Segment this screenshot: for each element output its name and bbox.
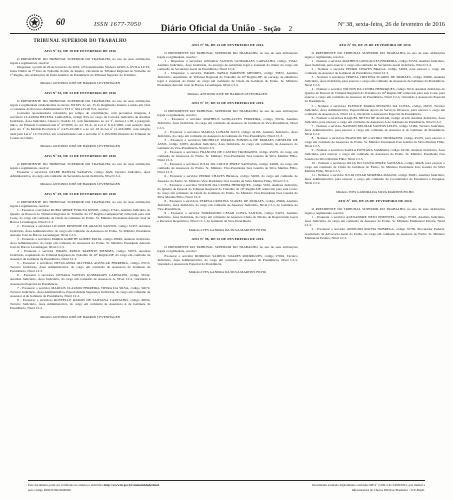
- ato-title: ATO Nº 97, DE 25 DE FEVEREIRO DE 2016: [157, 101, 297, 105]
- ato-paragraph: O PRESIDENTE DO TRIBUNAL SUPERIOR DO TRA…: [157, 51, 297, 59]
- signature-line: Ministro IVES GANDRA DA SILVA MARTINS FI…: [157, 270, 297, 274]
- footer-divider: [28, 480, 425, 481]
- ato-title: ATO Nº 96, DE 24 DE FEVEREIRO DE 2016: [157, 43, 297, 47]
- ato-paragraph: 3 - Nomear a servidora TERESA CRISTINA S…: [305, 75, 445, 87]
- ato-paragraph: O PRESIDENTE DO TRIBUNAL SUPERIOR DO TRA…: [305, 51, 445, 59]
- verification-prefix: Este documento pode ser verificado no en…: [28, 483, 104, 487]
- masthead-title: Diário Oficial da União: [161, 23, 255, 33]
- ato-paragraph: 7 - Nomear o servidor NADSON NELMAR SANT…: [305, 124, 445, 136]
- masthead-dash: -: [259, 25, 261, 33]
- ato-paragraph: 6 - Exonerar a servidora GENARA SANTOS G…: [10, 273, 150, 285]
- ato-paragraph: O PRESIDENTE DO TRIBUNAL SUPERIOR DO TRA…: [157, 109, 297, 117]
- digital-signature-notice: Documento assinado digitalmente conforme…: [225, 483, 425, 493]
- ato-paragraph: O PRESIDENTE DO TRIBUNAL SUPERIOR DO TRA…: [305, 207, 445, 215]
- ato-paragraph: Dispensar, a partir de 26 de fevereiro d…: [10, 65, 150, 77]
- ato-paragraph: O PRESIDENTE DO TRIBUNAL SUPERIOR DO TRA…: [10, 200, 150, 208]
- verification-notice: Este documento pode ser verificado no en…: [28, 483, 223, 493]
- signature-line: Ministro ANTONIO JOSÉ DE BARROS LEVENHAG…: [157, 92, 297, 96]
- ato-paragraph: 1 - Exonerar o servidor ALEXANDRE NETO P…: [305, 215, 445, 227]
- section-label: Seção: [264, 25, 281, 33]
- ato-paragraph: Conceder aposentadoria voluntária por te…: [10, 111, 150, 140]
- ato-paragraph: 9 - Nomear a servidora KARLA FONTANA SAM…: [305, 148, 445, 160]
- ato-paragraph: 4 - Nomear o servidor WILTON DA CUNHA HE…: [305, 87, 445, 103]
- column-3: ATO Nº 99, DE 25 DE FEVEREIRO DE 2016O P…: [305, 38, 445, 240]
- ato-paragraph: O PRESIDENTE DO TRIBUNAL SUPERIOR DO TRA…: [10, 99, 150, 111]
- ato-paragraph: 10 - Nomear a servidora JULIA DO COUTO P…: [305, 161, 445, 173]
- ato-paragraph: Exonerar o servidor RODRIGO SADECK SOARE…: [157, 254, 297, 266]
- signature-line: Ministro ANTONIO JOSÉ DE BARROS LEVENHAG…: [10, 182, 150, 186]
- ato-paragraph: 1 - Exonerar a servidora RUBIA MEIRE FUR…: [10, 208, 150, 224]
- ato-title: ATO Nº 95, DE 24 DE FEVEREIRO DE 2016: [10, 192, 150, 196]
- ato-paragraph: 8 - Nomear a servidora FRANCINI DE CASTR…: [305, 136, 445, 148]
- ato-title: ATO Nº 94, DE 24 DE FEVEREIRO DE 2016: [10, 154, 150, 158]
- ato-title: ATO Nº 92, DE 18 DE FEVEREIRO DE 2016: [10, 49, 150, 53]
- ato-paragraph: 7 - Exonerar o servidor WILTON DA CUNHA …: [157, 183, 297, 199]
- gazette-page: 60 ISSN 1677-7050 Diário Oficial da Uniã…: [0, 0, 453, 500]
- ato-paragraph: 1 - Dispensar a servidora GENARA SANTOS …: [157, 59, 297, 71]
- verification-comma: ,: [159, 483, 160, 487]
- verification-url: http://www.in.gov.br/autenticidade.html: [104, 483, 159, 487]
- ato-title: ATO Nº 98, DE 25 DE FEVEREIRO DE 2016: [157, 237, 297, 241]
- ato-paragraph: 3 - Exonerar a servidora MARIA GORETH GO…: [10, 237, 150, 249]
- ato-title: ATO Nº 99, DE 25 DE FEVEREIRO DE 2016: [305, 43, 445, 47]
- signature-line: Ministro IVES GANDRA DA SILVA MARTINS FI…: [157, 228, 297, 232]
- ato-paragraph: 5 - Nomear a servidora ELENICE MARIA PEI…: [305, 104, 445, 116]
- ato-paragraph: 4 - Exonerar a servidora FRANCINI DE CAS…: [157, 150, 297, 162]
- edition-info: Nº 38, sexta-feira, 26 de fevereiro de 2…: [338, 21, 445, 28]
- section-title: TRIBUNAL SUPERIOR DO TRABALHO: [10, 39, 150, 44]
- page-number: 60: [56, 17, 65, 27]
- brazil-coat-of-arms-icon: [26, 14, 43, 31]
- ato-paragraph: 8 - Exonerar a servidora ROSYELLE RAMOS …: [10, 298, 150, 310]
- issn-label: ISSN 1677-7050: [94, 21, 141, 28]
- ato-paragraph: 4 - Exonerar o servidor ISRAEL PABLO PAR…: [10, 249, 150, 261]
- column-2: ATO Nº 96, DE 24 DE FEVEREIRO DE 2016O P…: [157, 38, 297, 280]
- ato-paragraph: 5 - Exonerar a servidora NEVOLANDA OLIVE…: [10, 261, 150, 273]
- section-number: 2: [289, 25, 293, 33]
- header-divider: [10, 33, 445, 34]
- ato-paragraph: 1 - Nomear o servidor MATHEUS GONÇALVES …: [305, 59, 445, 67]
- ato-paragraph: O PRESIDENTE DO TRIBUNAL SUPERIOR DO TRA…: [157, 245, 297, 253]
- ato-paragraph: O PRESIDENTE DO TRIBUNAL SUPERIOR DO TRA…: [10, 162, 150, 170]
- ato-paragraph: 2 - Exonerar o servidor ANSELMO ROCHA NO…: [305, 227, 445, 239]
- signature-line: Ministro ANTONIO JOSÉ DE BARROS LEVENHAG…: [10, 315, 150, 319]
- ato-paragraph: 1 - Exonerar o servidor MATHEUS GONÇALVE…: [157, 117, 297, 129]
- ato-paragraph: 2 - Nomear o servidor PEDRO CHAVES BRAGA…: [305, 67, 445, 75]
- ato-paragraph: 2 - Exonerar a servidora LILIANE RESENDE…: [10, 224, 150, 236]
- ato-paragraph: O PRESIDENTE DO TRIBUNAL SUPERIOR DO TRA…: [10, 57, 150, 65]
- ato-paragraph: 6 - Exonerar o servidor PEDRO CHAVES BRA…: [157, 174, 297, 182]
- ato-paragraph: Exonerar a servidora GELBE BATISTA SARAI…: [10, 170, 150, 178]
- ato-paragraph: 2 - Exonerar a servidora MARCIA LONANI S…: [157, 130, 297, 138]
- ato-title: ATO Nº 93, DE 24 DE FEVEREIRO DE 2016: [10, 91, 150, 95]
- article-columns: TRIBUNAL SUPERIOR DO TRABALHOATO Nº 92, …: [10, 38, 445, 324]
- signature-notice-line2: Infraestrutura de Chaves Públicas Brasil…: [225, 488, 425, 493]
- column-1: TRIBUNAL SUPERIOR DO TRABALHOATO Nº 92, …: [10, 38, 150, 324]
- signature-line: Ministro IVES GANDRA DA SILVA MARTINS FI…: [305, 190, 445, 194]
- ato-paragraph: 5 - Exonerar a servidora JULIA DO COUTO …: [157, 162, 297, 174]
- signature-line: Ministro ANTONIO JOSÉ DE BARROS LEVENHAG…: [10, 144, 150, 148]
- ato-paragraph: 6 - Nomear a servidora RAQUEL NETTO DE A…: [305, 116, 445, 124]
- ato-paragraph: 7 - Exonerar o servidor MARCOS CLAUDIO F…: [10, 286, 150, 298]
- signature-line: Ministro ANTONIO JOSÉ DE BARROS LEVENHAG…: [10, 81, 150, 85]
- ato-paragraph: 11 - Nomear o servidor JULIO CESAR MOREI…: [305, 173, 445, 185]
- ato-paragraph: 3 - Exonerar a servidora MICHELLE PATRIC…: [157, 138, 297, 150]
- ato-title: ATO Nº 100, DE 25 DE FEVEREIRO DE 2016: [305, 199, 445, 203]
- ato-paragraph: 9 - Exonerar o servidor NORMANDO CESAR C…: [157, 211, 297, 223]
- ato-paragraph: 2 - Dispensar o servidor ISRAEL PABLO PA…: [157, 71, 297, 87]
- page-header: 60 ISSN 1677-7050 Diário Oficial da Uniã…: [0, 0, 453, 34]
- verification-code: pelo código 00022016022600060: [28, 488, 223, 493]
- ato-paragraph: 8 - Exonerar a servidora TERESA CRISTINA…: [157, 199, 297, 211]
